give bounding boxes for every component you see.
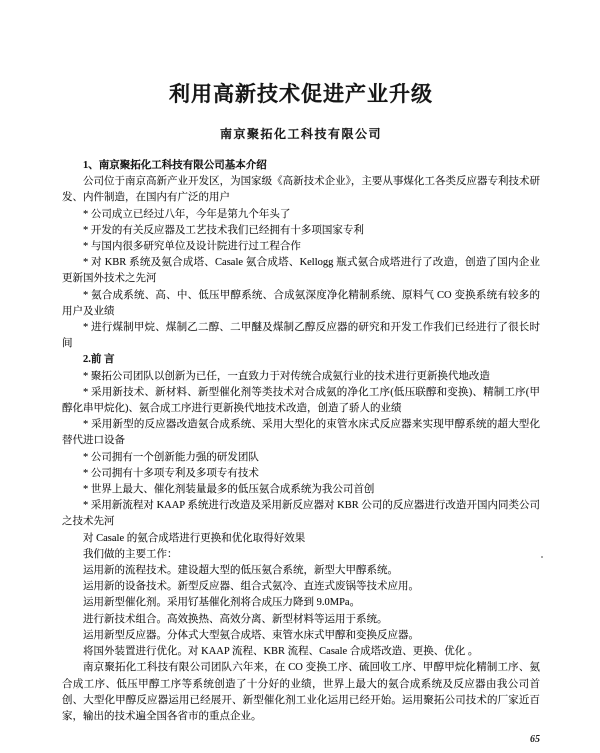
paragraph: 运用新型催化剂。采用钌基催化剂将合成压力降到 9.0MPa。 bbox=[62, 595, 540, 611]
paragraph: 对 Casale 的氨合成塔进行更换和优化取得好效果 bbox=[62, 531, 540, 547]
section-1: 1、南京聚拓化工科技有限公司基本介绍 公司位于南京高新产业开发区，为国家级《高新… bbox=[62, 158, 540, 352]
paragraph: * 采用新流程对 KAAP 系统进行改造及采用新反应器对 KBR 公司的反应器进… bbox=[62, 498, 540, 530]
paragraph: * 进行煤制甲烷、煤制乙二醇、二甲醚及煤制乙醇反应器的研究和开发工作我们已经进行… bbox=[62, 320, 540, 352]
scan-speck-artifact bbox=[541, 556, 543, 558]
section2-heading: 2.前 言 bbox=[62, 352, 540, 368]
paragraph: * 与国内很多研究单位及设计院进行过工程合作 bbox=[62, 239, 540, 255]
paragraph: 运用新型反应器。分体式大型氨合成塔、束管水床式甲醇和变换反应器。 bbox=[62, 628, 540, 644]
company-byline: 南京聚拓化工科技有限公司 bbox=[62, 127, 540, 142]
paragraph: * 公司拥有一个创新能力强的研发团队 bbox=[62, 450, 540, 466]
paragraph: * 聚拓公司团队以创新为已任，一直致力于对传统合成氨行业的技术进行更新换代地改造 bbox=[62, 369, 540, 385]
paragraph: * 采用新技术、新材料、新型催化剂等类技术对合成氨的净化工序(低压联醇和变换)、… bbox=[62, 385, 540, 417]
paragraph: * 对 KBR 系统及氨合成塔、Casale 氨合成塔、Kellogg 瓶式氨合… bbox=[62, 255, 540, 287]
document-title: 利用高新技术促进产业升级 bbox=[62, 82, 540, 106]
paragraph: 运用新的设备技术。新型反应器、组合式氨冷、直连式废锅等技术应用。 bbox=[62, 579, 540, 595]
paragraph: 将国外装置进行优化。对 KAAP 流程、KBR 流程、Casale 合成塔改造、… bbox=[62, 644, 540, 660]
page-content: 利用高新技术促进产业升级 南京聚拓化工科技有限公司 1、南京聚拓化工科技有限公司… bbox=[62, 82, 540, 725]
paragraph: 运用新的流程技术。建设超大型的低压氨合系统，新型大甲醇系统。 bbox=[62, 563, 540, 579]
page-number: 65 bbox=[530, 734, 540, 745]
paragraph: * 采用新型的反应器改造氨合成系统、采用大型化的束管水床式反应器来实现甲醇系统的… bbox=[62, 417, 540, 449]
section1-heading: 1、南京聚拓化工科技有限公司基本介绍 bbox=[62, 158, 540, 174]
paragraph: 公司位于南京高新产业开发区，为国家级《高新技术企业》，主要从事煤化工各类反应器专… bbox=[62, 174, 540, 206]
scanned-document-page: 利用高新技术促进产业升级 南京聚拓化工科技有限公司 1、南京聚拓化工科技有限公司… bbox=[0, 0, 600, 753]
paragraph: 我们做的主要工作： bbox=[62, 547, 540, 563]
paragraph: 进行新技术组合。高效换热、高效分离、新型材料等运用于系统。 bbox=[62, 612, 540, 628]
paragraph: * 公司成立已经过八年，今年是第九个年头了 bbox=[62, 207, 540, 223]
section-2: 2.前 言 * 聚拓公司团队以创新为已任，一直致力于对传统合成氨行业的技术进行更… bbox=[62, 352, 540, 725]
paragraph: * 世界上最大、催化剂装量最多的低压氨合成系统为我公司首创 bbox=[62, 482, 540, 498]
paragraph: 南京聚拓化工科技有限公司团队六年来，在 CO 变换工序、硫回收工序、甲醇甲烷化精… bbox=[62, 660, 540, 725]
paragraph: * 开发的有关反应器及工艺技术我们已经拥有十多项国家专利 bbox=[62, 223, 540, 239]
paragraph: * 氨合成系统、高、中、低压甲醇系统、合成氨深度净化精制系统、原料气 CO 变换… bbox=[62, 288, 540, 320]
paragraph: * 公司拥有十多项专利及多项专有技术 bbox=[62, 466, 540, 482]
